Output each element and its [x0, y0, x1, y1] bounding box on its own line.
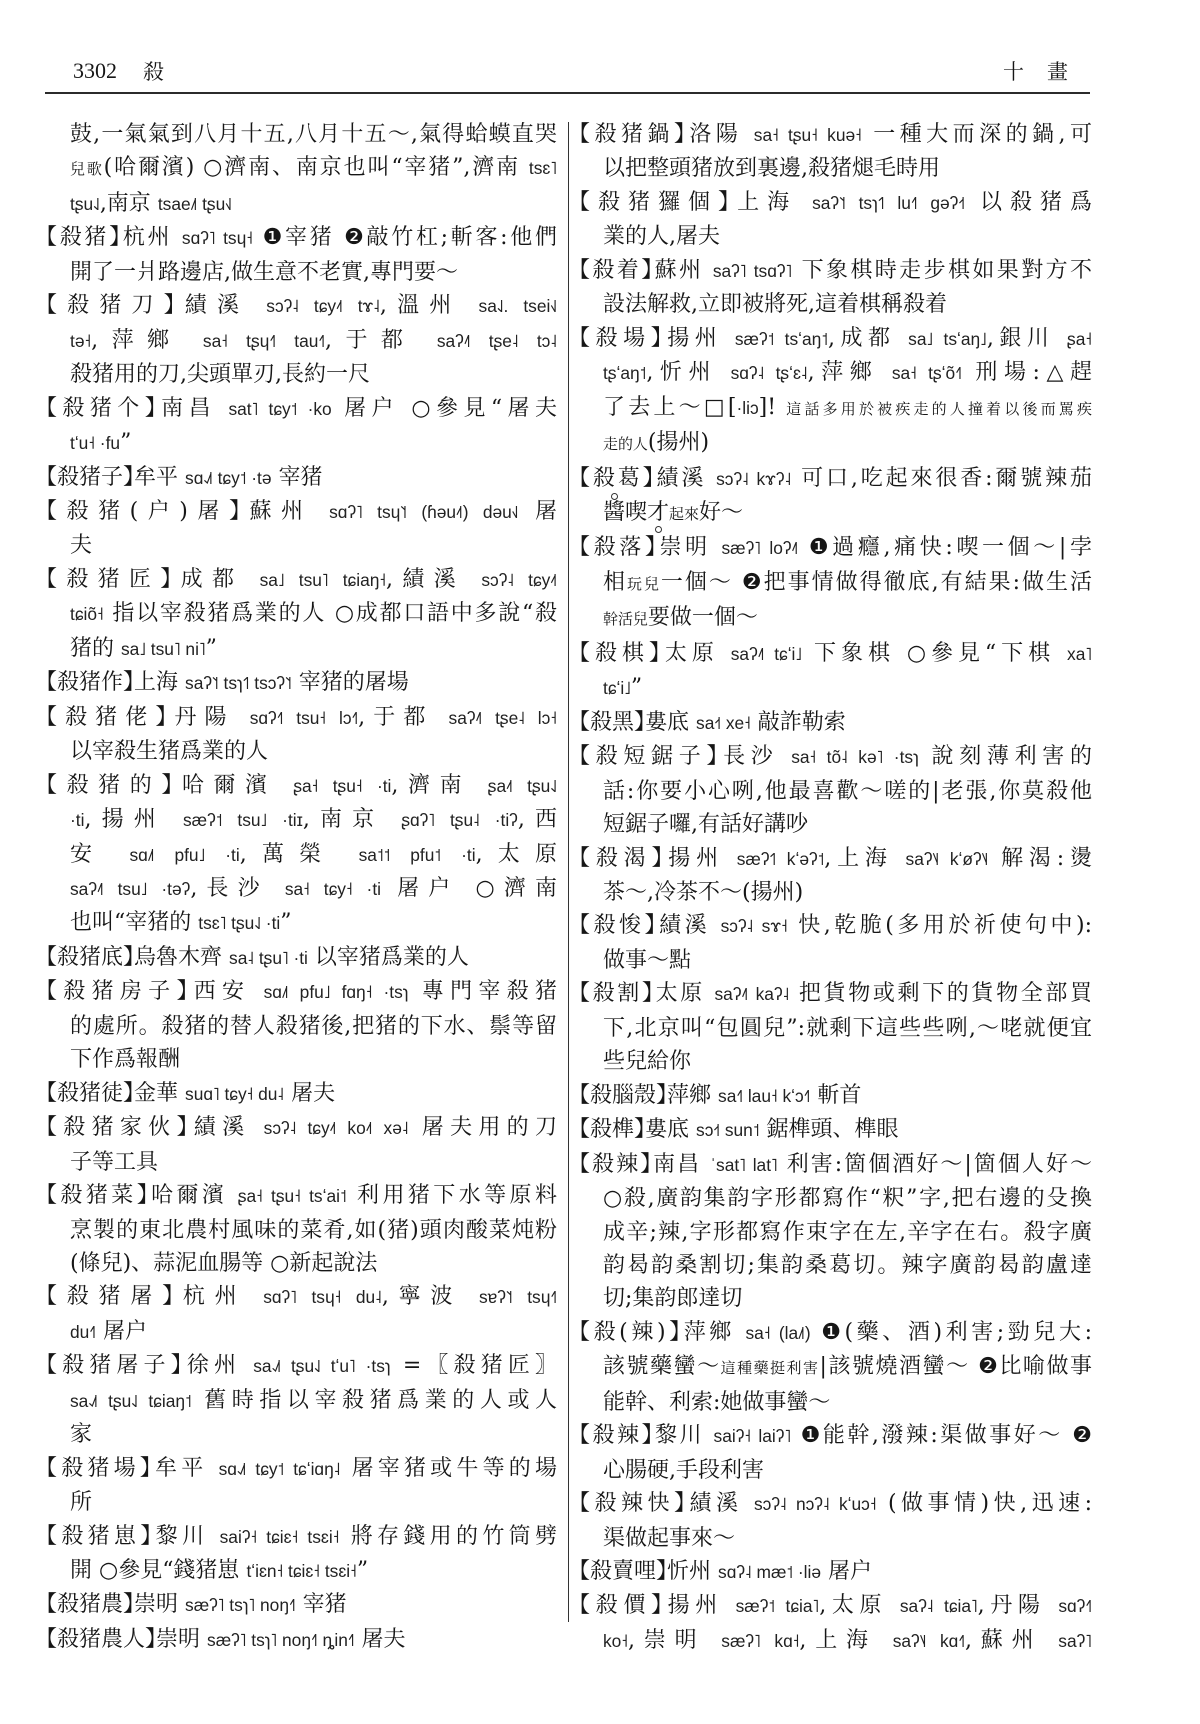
entry-line: 【殺猪作】上海 saʔ˥˦ tsɿ˦˥ tsɔʔ˥˦ 宰猪的屠場 — [46, 666, 557, 700]
phonetic-transcription: sa˩ tsʻaŋ˩ — [908, 329, 987, 349]
continuation-line: 猪的 sa˩ tsu˥ ni˥” — [46, 632, 557, 666]
entry-text: 屠户 — [96, 1319, 147, 1344]
phonetic-transcription: sɔʔ˨ sɤ˧ — [721, 916, 788, 936]
entry-text: 蘇州 — [655, 258, 713, 283]
entry-line: 【殺猪底】烏魯木齊 sa˨ tʂu˥ ·ti 以宰猪爲業的人 — [46, 941, 557, 975]
phonetic-transcription: ʂa˧ — [1067, 329, 1092, 349]
entry-line: 【殺價】揚州 sæʔ˦ tɕia˥,太原 saʔ˨ tɕia˥,丹陽 sɑʔ˧˥ — [579, 1589, 1092, 1623]
continuation-line: sa˨˩˦ tʂu˨˩ tɕiaŋ˦ 舊時指以宰殺猪爲業的人或人 — [46, 1384, 557, 1418]
entry-line: 【殺猪房子】西安 sɑ˩˦ pfu˩ fɑŋ˧ ·tsɿ 專門宰殺猪 — [46, 975, 557, 1009]
entry-text: 設法解救,立即被將死,這着棋稱殺着 — [603, 292, 947, 317]
stroke-count-section-suffix: 畫 — [1047, 61, 1068, 83]
entry-text: 下作爲報酬 — [70, 1047, 180, 1072]
continuation-line: tʻu˧ ·fu” — [46, 426, 557, 460]
phonetic-transcription: saʔ˨˥ kaʔ˨ — [715, 984, 790, 1004]
entry-text: 夫 — [70, 533, 92, 558]
headword: 【殺猪徒】 — [46, 1081, 134, 1106]
entry-text: 南昌 — [653, 1152, 710, 1177]
entry-line: 【殺割】太原 saʔ˨˥ kaʔ˨ 把貨物或剩下的貨物全部買 — [579, 977, 1092, 1011]
entry-text: ,太原 — [476, 842, 557, 867]
headword: 【殺猪農】 — [46, 1592, 134, 1617]
phonetic-transcription: du˧˥ — [70, 1322, 96, 1342]
headword: 【殺猪作】 — [46, 670, 134, 695]
continuation-line: ko˧,崇明 sæʔ˥ kɑ˧,上海 saʔ˥˨ kɑ˧˥,蘇州 saʔ˥ — [579, 1624, 1092, 1658]
entry-text: 子等工具 — [70, 1150, 158, 1175]
entry-text: 婁底 — [645, 710, 696, 735]
entry-text: 牟平 — [155, 1456, 219, 1481]
entry-text: 長沙 — [723, 744, 791, 769]
entry-text: ,崇明 — [628, 1628, 721, 1653]
continuation-line: ○殺,廣韵集韵字形都寫作“粎”字,把右邊的殳換 — [579, 1182, 1092, 1215]
continuation-line: 家 — [46, 1418, 557, 1451]
entry-text: ❶(藥、酒)利害;勁兒大: — [811, 1320, 1092, 1345]
entry-text: 屠户 ○濟南 — [381, 876, 557, 901]
entry-text: ,太原 — [819, 1593, 900, 1618]
continuation-line: 話:你要小心咧,他最喜歡～嗟的|老張,你莫殺他 — [579, 775, 1092, 808]
continuation-line: 也叫“宰猪的 tsɛ˥ tʂu˨˩ ·ti” — [46, 906, 557, 940]
entry-line: 【殺猪】杭州 sɑʔ˥ tsɥ˧ ❶宰猪 ❷敲竹杠;斬客:他們 — [46, 221, 557, 255]
entry-text: 以殺猪爲 — [965, 190, 1092, 215]
continuation-line: tə˧,萍鄉 sa˧ tʂɥ˧˥ tau˧˥,于都 saʔ˨˥ tʂe˨ tɔ˨ — [46, 324, 557, 358]
entry-line: 【殺猪農】崇明 sæʔ˥ tsɿ˥ noŋ˧˥ 宰猪 — [46, 1588, 557, 1622]
phonetic-transcription: sɑ˩˦ pfu˩ fɑŋ˧ ·tsɿ — [264, 982, 409, 1002]
continuation-line: 切;集韵郎達切 — [579, 1282, 1092, 1315]
entry-line: 【殺葛】績溪 sɔʔ˨ kɤʔ˨ 可口,吃起來很香:爾號辣茄 — [579, 462, 1092, 496]
entry-text: 牟平 — [134, 465, 185, 490]
entry-line: 【殺棋】太原 saʔ˨˥ tɕʻi˩ 下象棋 ○參見“下棋 xa˥ — [579, 637, 1092, 671]
headword: 【殺猪玀個】 — [579, 190, 737, 215]
entry-text: 崇明 — [660, 535, 722, 560]
continuation-line: 夫 — [46, 529, 557, 562]
entry-text: 以把整頭猪放到裏邊,殺猪煺毛時用 — [603, 156, 940, 181]
entry-line: 【殺榫】婁底 sɔ˧˦ sun˦ 鋸榫頭、榫眼 — [579, 1113, 1092, 1147]
entry-text: 的處所。殺猪的替人殺猪後,把猪的下水、鬃等留 — [70, 1014, 557, 1039]
entry-text: 做事～點 — [603, 948, 691, 973]
entry-text: 杭州 — [123, 225, 182, 250]
phonetic-transcription: sa˧˥ lau˧ kʻɔ˧˥ — [718, 1086, 810, 1106]
entry-text: 開了一爿路邊店,做生意不老實,專門要～ — [70, 260, 458, 285]
phonetic-transcription: sɔʔ˨ tɕy˨˦ — [481, 570, 557, 590]
entry-text: 丹陽 — [174, 705, 249, 730]
entry-text: ,銀川 — [987, 326, 1067, 351]
left-column: 鼓,一氣氣到八月十五,八月十五～,氣得蛤蟆直哭兒歌(哈爾濱) ○濟南、南京也叫“… — [46, 118, 557, 1657]
continuation-line: 幹活兒要做一個～ — [579, 601, 1092, 636]
entry-text: 以宰猪爲業的人 — [308, 945, 469, 970]
phonetic-transcription: sɑʔ˧˥ tsu˧ lɔ˧˥ — [250, 708, 358, 728]
phonetic-transcription: sɑ˨˩˦ tɕy˦ tɕʻiɑŋ˨ — [219, 1459, 341, 1479]
entry-text: 話:你要小心咧,他最喜歡～嗟的|老張,你莫殺他 — [603, 779, 1092, 804]
continuation-line: 鼓,一氣氣到八月十五,八月十五～,氣得蛤蟆直哭 — [46, 118, 557, 151]
continuation-line: 安 sɑ˩˦ pfu˩ ·ti,萬榮 sa˦˦ pfu˦ ·ti,太原 — [46, 838, 557, 872]
entry-text: 屠夫 — [284, 1081, 335, 1106]
phonetic-transcription: saʔ˨˥ tsu˩ ·təʔ — [70, 879, 190, 899]
headword: 【殺猪崽】 — [46, 1524, 156, 1549]
entry-line: 【殺猪(户)屠】蘇州 sɑʔ˥ tsɥ˥˦ (ɦəu˨˦) dəu˧˩ 屠 — [46, 495, 557, 529]
entry-line: 【殺猪佬】丹陽 sɑʔ˧˥ tsu˧ lɔ˧˥,于都 saʔ˨˥ tʂe˨ lɔ… — [46, 701, 557, 735]
headword: 【殺猪家伙】 — [46, 1115, 194, 1140]
small-annotation: 幹活兒 — [603, 610, 648, 628]
entry-text: 能幹、利索:她做事蠻～ — [603, 1390, 830, 1415]
headword: 【殺價】 — [579, 1593, 668, 1618]
continuation-line: 下作爲報酬 — [46, 1043, 557, 1076]
continuation-line: 醬喫才起來好～ — [579, 496, 1092, 531]
phonetic-transcription: saʔ˥˨ kɑ˧˥ — [893, 1631, 965, 1651]
phonetic-transcription: xa˥ — [1067, 644, 1092, 664]
entry-line: 【殺猪个】南昌 sat˥ tɕy˦ ·ko 屠户 ○參見“屠夫 — [46, 392, 557, 426]
phonetic-transcription: sa˨˩. tsei˧˩ — [479, 296, 557, 316]
entry-text: 安 — [70, 842, 129, 867]
headword: 【殺猪】 — [46, 225, 123, 250]
entry-text: 利害:箇個酒好～|箇個人好～ — [778, 1152, 1092, 1177]
continuation-line: 渠做起事來～ — [579, 1522, 1092, 1555]
entry-line: 【殺腦殼】萍鄉 sa˧˥ lau˧ kʻɔ˧˥ 斬首 — [579, 1079, 1092, 1113]
entry-text: 韵曷韵桑割切;集韵桑葛切。辣字廣韵曷韵盧達 — [603, 1253, 1092, 1278]
entry-text: ,丹陽 — [978, 1593, 1059, 1618]
continuation-line: 做事～點 — [579, 944, 1092, 977]
entry-text: ,于都 — [325, 328, 437, 353]
entry-text: (揚州) — [648, 430, 709, 455]
entry-text: 黎川 — [156, 1524, 220, 1549]
entry-line: 【殺猪屠】杭州 sɑʔ˥ tsɥ˧ du˨,寧波 sɐʔ˥˦ tsɥ˧˥ — [46, 1280, 557, 1314]
phonetic-transcription: saʔ˥˦ tsɿ˦˥ lu˧˥ gəʔ˧˦ — [812, 193, 965, 213]
phonetic-transcription: saʔ˨˥ tɕʻi˩ — [731, 644, 802, 664]
marked-character: 才 — [647, 500, 669, 525]
continuation-line: ·ti,揚州 sæʔ˦ tsu˩ ·tiɪ,南京 ʂɑʔ˥ tʂu˨ ·tiʔ,… — [46, 803, 557, 837]
entry-text: 喫 — [625, 500, 647, 525]
entry-text: 將存錢用的竹筒劈 — [339, 1524, 557, 1549]
entry-text: 敲詐勒索 — [751, 710, 846, 735]
continuation-line: 相玩兒一個～ ❷把事情做得徹底,有結果:做生活 — [579, 566, 1092, 601]
entry-text: 屠夫 — [355, 1627, 406, 1652]
head-character: 殺 — [143, 61, 164, 83]
entry-text: (條兒)、蒜泥血腸等 ○新起說法 — [70, 1251, 377, 1276]
entry-text: ,上海 — [824, 846, 905, 871]
entry-text: 績溪 — [659, 913, 721, 938]
continuation-line: 兒歌(哈爾濱) ○濟南、南京也叫“宰猪”,濟南 tsɛ˥ — [46, 151, 557, 186]
entry-line: 【殺賣哩】忻州 sɑʔ˨ mæ˦ ·liə 屠户 — [579, 1555, 1092, 1589]
entry-line: 【殺猪鍋】洛陽 sa˧ tʂu˧ kuə˧ 一種大而深的鍋,可 — [579, 118, 1092, 152]
entry-line: 【殺辣快】績溪 sɔʔ˨ nɔʔ˨ kʻuɔ˧ (做事情)快,迅速: — [579, 1487, 1092, 1521]
headword: 【殺猪屠子】 — [46, 1353, 187, 1378]
phonetic-transcription: ʂa˧ tʂu˧ ·ti — [293, 776, 391, 796]
headword: 【殺猪匠】 — [46, 567, 181, 592]
phonetic-transcription: saʔ˥ tsɑʔ˥ — [713, 261, 792, 281]
entry-text: 崇明 — [134, 1592, 185, 1617]
entry-text: ❶能幹,潑辣:渠做事好～ ❷ — [791, 1423, 1092, 1448]
entry-text: 蘇州 — [250, 499, 330, 524]
entry-text: 也叫“宰猪的 — [70, 910, 198, 935]
phonetic-transcription: tʻu˧ ·fu — [70, 433, 120, 453]
continuation-line: tʂʻaŋ˦,忻州 sɑʔ˨ tʂʻɛ˨,萍鄉 sa˧ tʂʻõ˧˥ 刑場:△趕 — [579, 356, 1092, 390]
headword: 【殺猪个】 — [46, 396, 161, 421]
continuation-line: 設法解救,立即被將死,這着棋稱殺着 — [579, 288, 1092, 321]
phonetic-transcription: sat˥ tɕy˦ ·ko — [228, 399, 331, 419]
entry-text: 開 ○參見“錢猪崽 — [70, 1558, 246, 1583]
continuation-line: 殺猪用的刀,尖頭單刃,長約一尺 — [46, 358, 557, 391]
continuation-line: 成辛;辣,字形都寫作束字在左,辛字在右。殺字廣 — [579, 1216, 1092, 1249]
entry-text: ,西 — [518, 807, 557, 832]
phonetic-transcription: sɑ˩˦ pfu˩ ·ti — [129, 845, 239, 865]
entry-line: 【殺猪崽】黎川 saiʔ˧ tɕiɛ˧ tsɛi˧ 將存錢用的竹筒劈 — [46, 1520, 557, 1554]
entry-text: 家 — [70, 1422, 92, 1447]
entry-text: (做事情)快,迅速: — [876, 1491, 1092, 1516]
phonetic-transcription: sa˨˩˦ tʂu˨˩ tʻu˥ ·tsɿ — [253, 1356, 390, 1376]
phonetic-transcription: tʻiɛn˧ tɕiɛ˧ tsɛi˧ — [246, 1561, 356, 1581]
entry-text: ,濟南 — [391, 773, 487, 798]
continuation-line: 心腸硬,手段利害 — [579, 1454, 1092, 1487]
headword: 【殺辣】 — [579, 1423, 655, 1448]
entry-line: 【殺場】揚州 sæʔ˦ tsʻaŋ˦,成都 sa˩ tsʻaŋ˩,銀川 ʂa˧ — [579, 322, 1092, 356]
phonetic-transcription: sɐʔ˥˦ tsɥ˧˥ — [479, 1287, 557, 1307]
phonetic-transcription: ʂa˧ tʂu˧ tsʻai˦ — [238, 1186, 347, 1206]
entry-text: 屠户 ○參見“屠夫 — [332, 396, 557, 421]
phonetic-transcription: ʂa˨˦ tʂu˨˩ — [488, 776, 557, 796]
phonetic-transcription: sɑʔ˨ mæ˦ ·liə — [718, 1562, 821, 1582]
entry-text: ,長沙 — [190, 876, 285, 901]
entry-text: 太原 — [665, 641, 731, 666]
entry-text: 太原 — [656, 981, 715, 1006]
entry-text: 崇明 — [156, 1627, 207, 1652]
entry-text: 把貨物或剩下的貨物全部買 — [789, 981, 1092, 1006]
entry-text: 心腸硬,手段利害 — [603, 1458, 764, 1483]
entry-text: 烏魯木齊 — [134, 945, 229, 970]
entry-line: 【殺猪屠子】徐州 sa˨˩˦ tʂu˨˩ tʻu˥ ·tsɿ =〖殺猪匠〗 — [46, 1349, 557, 1383]
headword: 【殺渴】 — [579, 846, 668, 871]
phonetic-transcription: sæʔ˦ tsu˩ ·tiɪ — [183, 810, 303, 830]
entry-line: 【殺猪玀個】上海 saʔ˥˦ tsɿ˦˥ lu˧˥ gəʔ˧˦ 以殺猪爲 — [579, 186, 1092, 220]
column-divider — [568, 122, 569, 1622]
entry-text: 斬首 — [810, 1083, 861, 1108]
entry-text: 一種大而深的鍋,可 — [862, 122, 1092, 147]
entry-text: 萍鄉 — [667, 1083, 718, 1108]
entry-text: 婁底 — [645, 1117, 696, 1142]
entry-text: 宰猪 — [296, 1592, 347, 1617]
continuation-line: 韵曷韵桑割切;集韵桑葛切。辣字廣韵曷韵盧達 — [579, 1249, 1092, 1282]
phonetic-transcription: sɔ˧˦ sun˦ — [696, 1120, 759, 1140]
continuation-line: 烹製的東北農村風味的菜肴,如(猪)頭肉酸菜炖粉 — [46, 1214, 557, 1247]
phonetic-transcription: ko˧ — [603, 1631, 628, 1651]
entry-text: (哈爾濱) ○濟南、南京也叫“宰猪”,濟南 — [104, 155, 529, 180]
phonetic-transcription: tsae˩˦ tʂu˧˩ — [158, 194, 232, 214]
phonetic-transcription: sæʔ˥ kɑ˧ — [721, 1631, 799, 1651]
phonetic-transcription: sæʔ˥ tsɿ˥ noŋ˧˥ ȵin˧˥ — [207, 1630, 355, 1650]
entry-text: 渠做起事來～ — [603, 1526, 735, 1551]
entry-line: 【殺猪刀】績溪 sɔʔ˨ tɕy˨˦ tɤ˨,溫州 sa˨˩. tsei˧˩ — [46, 289, 557, 323]
continuation-line: tɕiõ˧ 指以宰殺猪爲業的人 ○成都口語中多說“殺 — [46, 597, 557, 631]
entry-text: 洛陽 — [689, 122, 753, 147]
entry-text: 解渴:燙 — [988, 846, 1092, 871]
entry-text: ,萍鄉 — [91, 328, 203, 353]
phonetic-transcription: saʔ˥˦ tsɿ˦˥ tsɔʔ˥˦ — [185, 673, 292, 693]
entry-text: 好～ — [699, 500, 743, 525]
small-annotation: 這種藥挺利害 — [721, 1359, 820, 1377]
entry-text: 金華 — [134, 1081, 185, 1106]
entry-text: 烹製的東北農村風味的菜肴,如(猪)頭肉酸菜炖粉 — [70, 1218, 557, 1243]
entry-text: 指以宰殺猪爲業的人 ○成都口語中多說“殺 — [104, 601, 557, 626]
entry-line: 【殺猪匠】成都 sa˩ tsu˥ tɕiaŋ˧,績溪 sɔʔ˨ tɕy˨˦ — [46, 563, 557, 597]
phonetic-transcription: sa˧ tʂɥ˧˥ tau˧˥ — [203, 331, 325, 351]
entry-text: 可口,吃起來很香:爾號辣茄 — [791, 466, 1092, 491]
entry-text: 舊時指以宰殺猪爲業的人或人 — [192, 1388, 557, 1413]
small-annotation: 起來 — [669, 505, 699, 523]
phonetic-transcription: saiʔ˧ laiʔ˥ — [714, 1426, 792, 1446]
entry-text: 下象棋時走步棋如果對方不 — [792, 258, 1092, 283]
entry-text: 下象棋 ○參見“下棋 — [802, 641, 1067, 666]
phonetic-transcription: ˈsat˥ lat˥ — [710, 1155, 777, 1175]
entry-text: 殺猪用的刀,尖頭單刃,長約一尺 — [70, 362, 370, 387]
headword: 【殺黑】 — [579, 710, 645, 735]
entry-text: ,寧波 — [382, 1284, 479, 1309]
phonetic-transcription: sa˨ tʂu˥ ·ti — [229, 948, 308, 968]
entry-text: 鼓,一氣氣到八月十五,八月十五～,氣得蛤蟆直哭 — [70, 122, 557, 147]
phonetic-transcription: sɑʔ˥ tsɥ˧ — [182, 228, 253, 248]
small-annotation: 這話多用於被疾走的人撞着以後而罵疾 — [786, 400, 1092, 418]
entry-text: ,揚州 — [84, 807, 183, 832]
entry-text: 哈爾濱 — [151, 1183, 238, 1208]
phonetic-transcription: saiʔ˧ tɕiɛ˧ tsɛi˧ — [220, 1527, 340, 1547]
entry-text: 切;集韵郎達切 — [603, 1286, 742, 1311]
entry-text: 績溪 — [657, 466, 717, 491]
headword: 【殺割】 — [579, 981, 656, 1006]
phonetic-transcription: sɑʔ˥ tsɥ˧ du˨ — [263, 1287, 382, 1307]
phonetic-transcription: sa˧ tʂʻõ˧˥ — [892, 363, 962, 383]
entry-line: 【殺辣】南昌 ˈsat˥ lat˥ 利害:箇個酒好～|箇個人好～ — [579, 1148, 1092, 1182]
continuation-line: 能幹、利索:她做事蠻～ — [579, 1386, 1092, 1419]
entry-line: 【殺猪徒】金華 suɑ˥ tɕy˧ du˨ 屠夫 — [46, 1077, 557, 1111]
headword: 【殺着】 — [579, 258, 655, 283]
headword: 【殺榫】 — [579, 1117, 645, 1142]
headword: 【殺猪子】 — [46, 465, 134, 490]
phonetic-transcription: tsɛ˥ — [529, 158, 557, 178]
continuation-line: 走的人(揚州) — [579, 426, 1092, 461]
phonetic-transcription: tɕʻi˩ — [603, 678, 631, 698]
entry-text: 績溪 — [689, 1491, 753, 1516]
phonetic-transcription: sɑʔ˥ tsɥ˥˦ (ɦəu˨˦) dəu˧˩ — [329, 502, 518, 522]
entry-text: ,南京 — [303, 807, 402, 832]
entry-text: ❶過癮,痛快:喫一個～|孛 — [798, 535, 1092, 560]
headword: 【殺猪房子】 — [46, 979, 194, 1004]
continuation-line: 該號藥蠻～這種藥挺利害|該號燒酒蠻～ ❷比喻做事 — [579, 1350, 1092, 1385]
entry-text: ,萬榮 — [240, 842, 359, 867]
continuation-line: 以把整頭猪放到裏邊,殺猪煺毛時用 — [579, 152, 1092, 185]
continuation-line: 短鋸子囉,有話好講吵 — [579, 808, 1092, 841]
entry-text: =〖殺猪匠〗 — [391, 1353, 557, 1378]
header-rule — [45, 92, 1090, 94]
headword: 【殺猪場】 — [46, 1456, 155, 1481]
phonetic-transcription: ·liɔ — [736, 398, 758, 418]
entry-line: 【殺猪菜】哈爾濱 ʂa˧ tʂu˧ tsʻai˦ 利用猪下水等原料 — [46, 1179, 557, 1213]
headword: 【殺場】 — [579, 326, 667, 351]
continuation-line: 業的人,屠夫 — [579, 220, 1092, 253]
entry-text: ,上海 — [799, 1628, 892, 1653]
phonetic-transcription: sa˧ tʂu˧ kuə˧ — [754, 125, 862, 145]
continuation-line: saʔ˨˥ tsu˩ ·təʔ,長沙 sa˧ tɕy˧ ·ti 屠户 ○濟南 — [46, 872, 557, 906]
phonetic-transcription: sɔʔ˨ nɔʔ˨ kʻuɔ˧ — [754, 1494, 877, 1514]
phonetic-transcription: sa˧ tõ˨ kə˥ ·tsɿ — [791, 747, 919, 767]
headword: 【殺悛】 — [579, 913, 659, 938]
entry-text: 宰猪 — [272, 465, 323, 490]
phonetic-transcription: sæʔ˥ tsɿ˥ noŋ˧˥ — [185, 1595, 296, 1615]
entry-text: 所 — [70, 1490, 92, 1515]
entry-text: 屠宰猪或牛等的場 — [340, 1456, 557, 1481]
phonetic-transcription: suɑ˥ tɕy˧ du˨ — [185, 1084, 284, 1104]
entry-text: 成辛;辣,字形都寫作束字在左,辛字在右。殺字廣 — [603, 1220, 1092, 1245]
headword: 【殺猪農人】 — [46, 1627, 156, 1652]
small-annotation: 兒歌 — [70, 160, 104, 178]
entry-text: ,成都 — [828, 326, 908, 351]
entry-text: 專門宰殺猪 — [409, 979, 557, 1004]
phonetic-transcription: sa˨˩˦ tʂu˨˩ tɕiaŋ˦ — [70, 1391, 192, 1411]
headword: 【殺猪底】 — [46, 945, 134, 970]
entry-text: ” — [357, 1558, 368, 1583]
headword: 【殺猪(户)屠】 — [46, 499, 250, 524]
phonetic-transcription: sæʔ˦ tɕia˥ — [736, 1596, 820, 1616]
continuation-line: 下,北京叫“包圓兒”:就剩下這些些咧,～咾就便宜 — [579, 1012, 1092, 1045]
entry-text: ,績溪 — [386, 567, 481, 592]
continuation-line: 些兒給你 — [579, 1045, 1092, 1078]
phonetic-transcription: ʂɑʔ˥ tʂu˨ ·tiʔ — [401, 810, 518, 830]
continuation-line: 子等工具 — [46, 1146, 557, 1179]
phonetic-transcription: sæʔ˦˥ kʻəʔ˦ — [737, 849, 825, 869]
entry-text: ” — [631, 675, 642, 700]
entry-text: |該號燒酒蠻～ ❷比喻做事 — [820, 1354, 1092, 1379]
phonetic-transcription: sɔʔ˨ tɕy˨˦ ko˨˦ xə˨ — [264, 1118, 409, 1138]
continuation-line: 了去上～□[·liɔ]! 這話多用於被疾走的人撞着以後而罵疾 — [579, 391, 1092, 426]
entry-text: 利用猪下水等原料 — [347, 1183, 557, 1208]
entry-text: 揚州 — [668, 846, 736, 871]
continuation-line: 開了一爿路邊店,做生意不老實,專門要～ — [46, 256, 557, 289]
entry-text: 了去上～□[ — [603, 395, 736, 420]
entry-text: 績溪 — [185, 293, 266, 318]
entry-text: 萍鄉 — [684, 1320, 746, 1345]
entry-text: 揚州 — [667, 326, 735, 351]
phonetic-transcription: sa˦˦ pfu˦ ·ti — [359, 845, 476, 865]
continuation-line: 開 ○參見“錢猪崽 tʻiɛn˧ tɕiɛ˧ tsɛi˧” — [46, 1554, 557, 1588]
entry-line: 【殺猪場】牟平 sɑ˨˩˦ tɕy˦ tɕʻiɑŋ˨ 屠宰猪或牛等的場 — [46, 1452, 557, 1486]
phonetic-transcription: sɑ˨˩˦ tɕy˦ ·tə — [185, 468, 271, 488]
entry-text: ,蘇州 — [965, 1628, 1058, 1653]
headword: 【殺辣】 — [579, 1152, 653, 1177]
continuation-line: 茶～,冷茶不～(揚州) — [579, 876, 1092, 909]
headword: 【殺猪菜】 — [46, 1183, 151, 1208]
phonetic-transcription: sa˩ tsu˥ tɕiaŋ˧ — [260, 570, 386, 590]
headword: 【殺落】 — [579, 535, 660, 560]
stroke-count-section: 十 — [1003, 61, 1024, 83]
right-column: 【殺猪鍋】洛陽 sa˧ tʂu˧ kuə˧ 一種大而深的鍋,可以把整頭猪放到裏邊… — [579, 118, 1092, 1658]
entry-text: 西安 — [194, 979, 264, 1004]
entry-text: 一個～ ❷把事情做得徹底,有結果:做生活 — [661, 570, 1092, 595]
entry-text: 猪的 — [70, 636, 121, 661]
entry-text: 屠户 — [821, 1559, 872, 1584]
entry-text: 業的人,屠夫 — [603, 224, 720, 249]
entry-line: 【殺短鋸子】長沙 sa˧ tõ˨ kə˥ ·tsɿ 說刻薄利害的 — [579, 740, 1092, 774]
continuation-line: tʂu˨˩,南京 tsae˩˦ tʂu˧˩ — [46, 187, 557, 221]
entry-text: 說刻薄利害的 — [919, 744, 1092, 769]
phonetic-transcription: sɔʔ˨ tɕy˨˦ tɤ˨ — [266, 296, 380, 316]
phonetic-transcription: saʔ˨˥ tʂe˨ tɔ˨ — [437, 331, 557, 351]
phonetic-transcription: sa˧˦ xe˧ — [696, 713, 751, 733]
headword: 【殺短鋸子】 — [579, 744, 723, 769]
continuation-line: du˧˥ 屠户 — [46, 1315, 557, 1349]
entry-text: 南昌 — [161, 396, 228, 421]
headword: 【殺猪鍋】 — [579, 122, 689, 147]
entry-text: ,萍鄉 — [808, 360, 892, 385]
entry-text: 相 — [603, 570, 627, 595]
entry-text: 鋸榫頭、榫眼 — [759, 1117, 898, 1142]
entry-text: ❶宰猪 ❷敲竹杠;斬客:他們 — [253, 225, 557, 250]
phonetic-transcription: tʂʻaŋ˦ — [603, 363, 646, 383]
entry-text: ,南京 — [100, 191, 158, 216]
